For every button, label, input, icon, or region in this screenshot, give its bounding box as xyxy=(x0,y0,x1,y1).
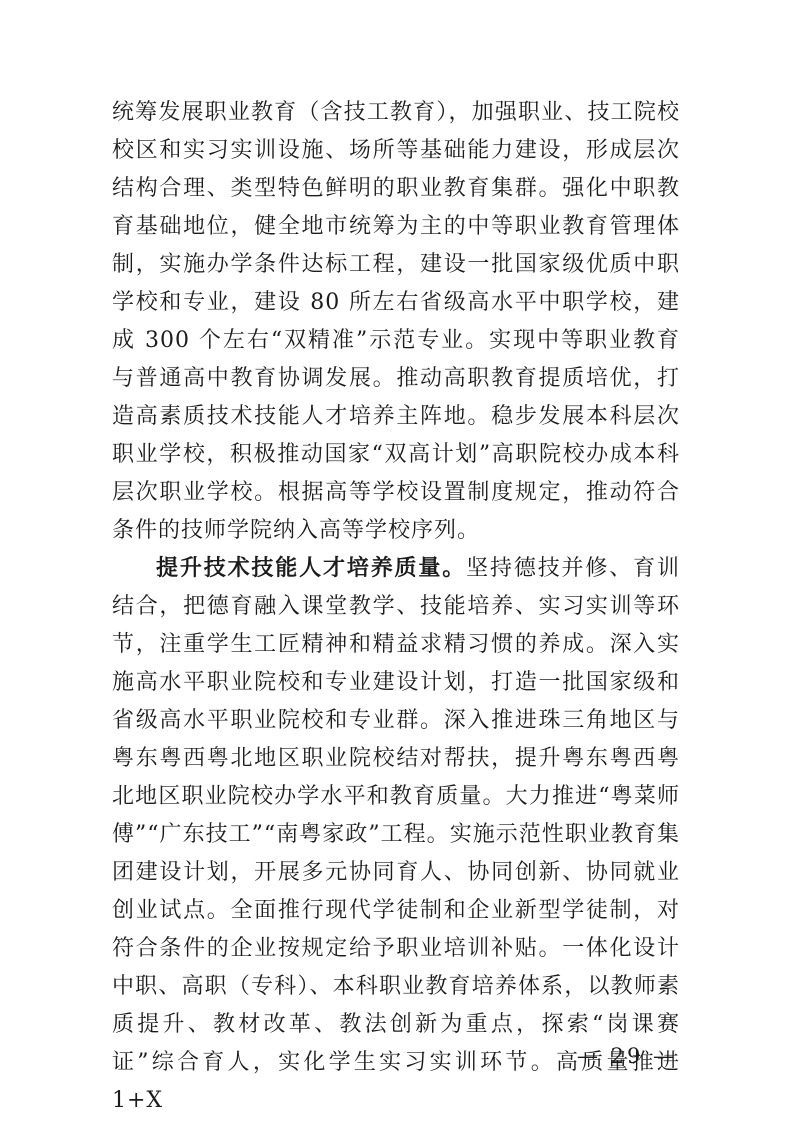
paragraph-continuation-text: 统筹发展职业教育（含技工教育），加强职业、技工院校校区和实习实训设施、场所等基础… xyxy=(112,100,680,543)
page-number: — 29 — xyxy=(577,1044,677,1068)
paragraph-bold-lead: 提升技术技能人才培养质量。 xyxy=(156,556,466,581)
paragraph-talent-quality: 提升技术技能人才培养质量。坚持德技并修、育训结合，把德育融入课堂教学、技能培养、… xyxy=(112,550,680,1120)
body-text-block: 统筹发展职业教育（含技工教育），加强职业、技工院校校区和实习实训设施、场所等基础… xyxy=(112,94,680,1120)
paragraph-continuation: 统筹发展职业教育（含技工教育），加强职业、技工院校校区和实习实训设施、场所等基础… xyxy=(112,94,680,550)
document-page: 统筹发展职业教育（含技工教育），加强职业、技工院校校区和实习实训设施、场所等基础… xyxy=(0,0,793,1122)
paragraph-body-text: 坚持德技并修、育训结合，把德育融入课堂教学、技能培养、实习实训等环节，注重学生工… xyxy=(112,556,680,1113)
